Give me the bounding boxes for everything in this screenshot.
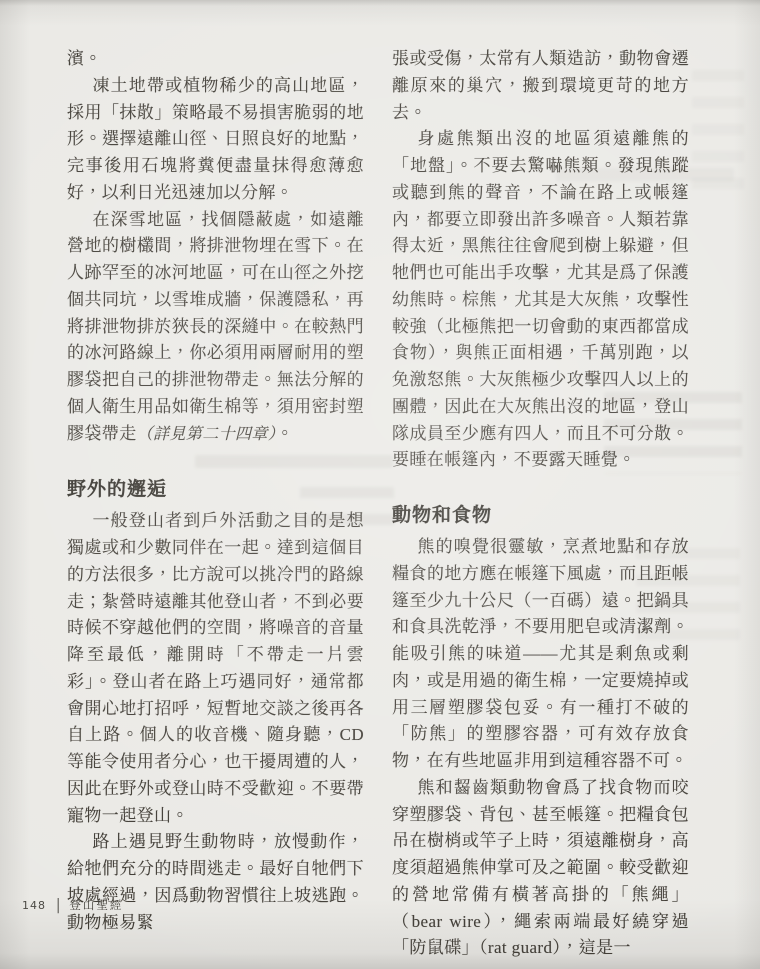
- page-footer: 148 | 登山聖經: [22, 897, 123, 913]
- right-column: 張或受傷，太常有人類造訪，動物會遷離原來的巢穴，搬到環境更苛的地方去。 身處熊類…: [392, 46, 689, 962]
- section-heading-animals-and-food: 動物和食物: [392, 502, 689, 529]
- paragraph: 身處熊類出沒的地區須遠離熊的「地盤」。不要去驚嚇熊類。發現熊蹤或聽到熊的聲音，不…: [392, 126, 689, 474]
- paragraph: 路上遇見野生動物時，放慢動作，給牠們充分的時間逃走。最好自牠們下坡處經過，因爲動…: [67, 829, 364, 936]
- paragraph: 凍土地帶或植物稀少的高山地區，採用「抹散」策略最不易損害脆弱的地形。選擇遠離山徑…: [67, 73, 364, 207]
- book-title: 登山聖經: [69, 897, 123, 913]
- paragraph: 熊和齧齒類動物會爲了找食物而咬穿塑膠袋、背包、甚至帳篷。把糧食包吊在樹梢或竿子上…: [392, 775, 689, 962]
- footer-separator-rule: |: [56, 896, 60, 913]
- paragraph: 在深雪地區，找個隱蔽處，如遠離營地的樹欉間，將排泄物埋在雪下。在人跡罕至的冰河地…: [67, 207, 364, 449]
- chapter-cross-reference: （詳見第二十四章）: [137, 426, 277, 443]
- paragraph-continuation: 濱。: [67, 46, 364, 73]
- page-number: 148: [22, 899, 46, 912]
- ink-bleed-through: [692, 70, 744, 198]
- paragraph-text: 。: [276, 424, 293, 443]
- paragraph: 一般登山者到戶外活動之目的是想獨處或和少數同伴在一起。達到這個目的方法很多，比方…: [67, 508, 364, 829]
- scanned-book-page: 濱。 凍土地帶或植物稀少的高山地區，採用「抹散」策略最不易損害脆弱的地形。選擇遠…: [0, 0, 760, 969]
- section-heading-encounters-outdoors: 野外的邂逅: [67, 476, 364, 503]
- left-column: 濱。 凍土地帶或植物稀少的高山地區，採用「抹散」策略最不易損害脆弱的地形。選擇遠…: [67, 46, 364, 936]
- paragraph: 熊的嗅覺很靈敏，烹煮地點和存放糧食的地方應在帳篷下風處，而且距帳篷至少九十公尺（…: [392, 534, 689, 775]
- paragraph-continuation: 張或受傷，太常有人類造訪，動物會遷離原來的巢穴，搬到環境更苛的地方去。: [392, 46, 689, 126]
- paragraph-text: 在深雪地區，找個隱蔽處，如遠離營地的樹欉間，將排泄物埋在雪下。在人跡罕至的冰河地…: [67, 210, 364, 443]
